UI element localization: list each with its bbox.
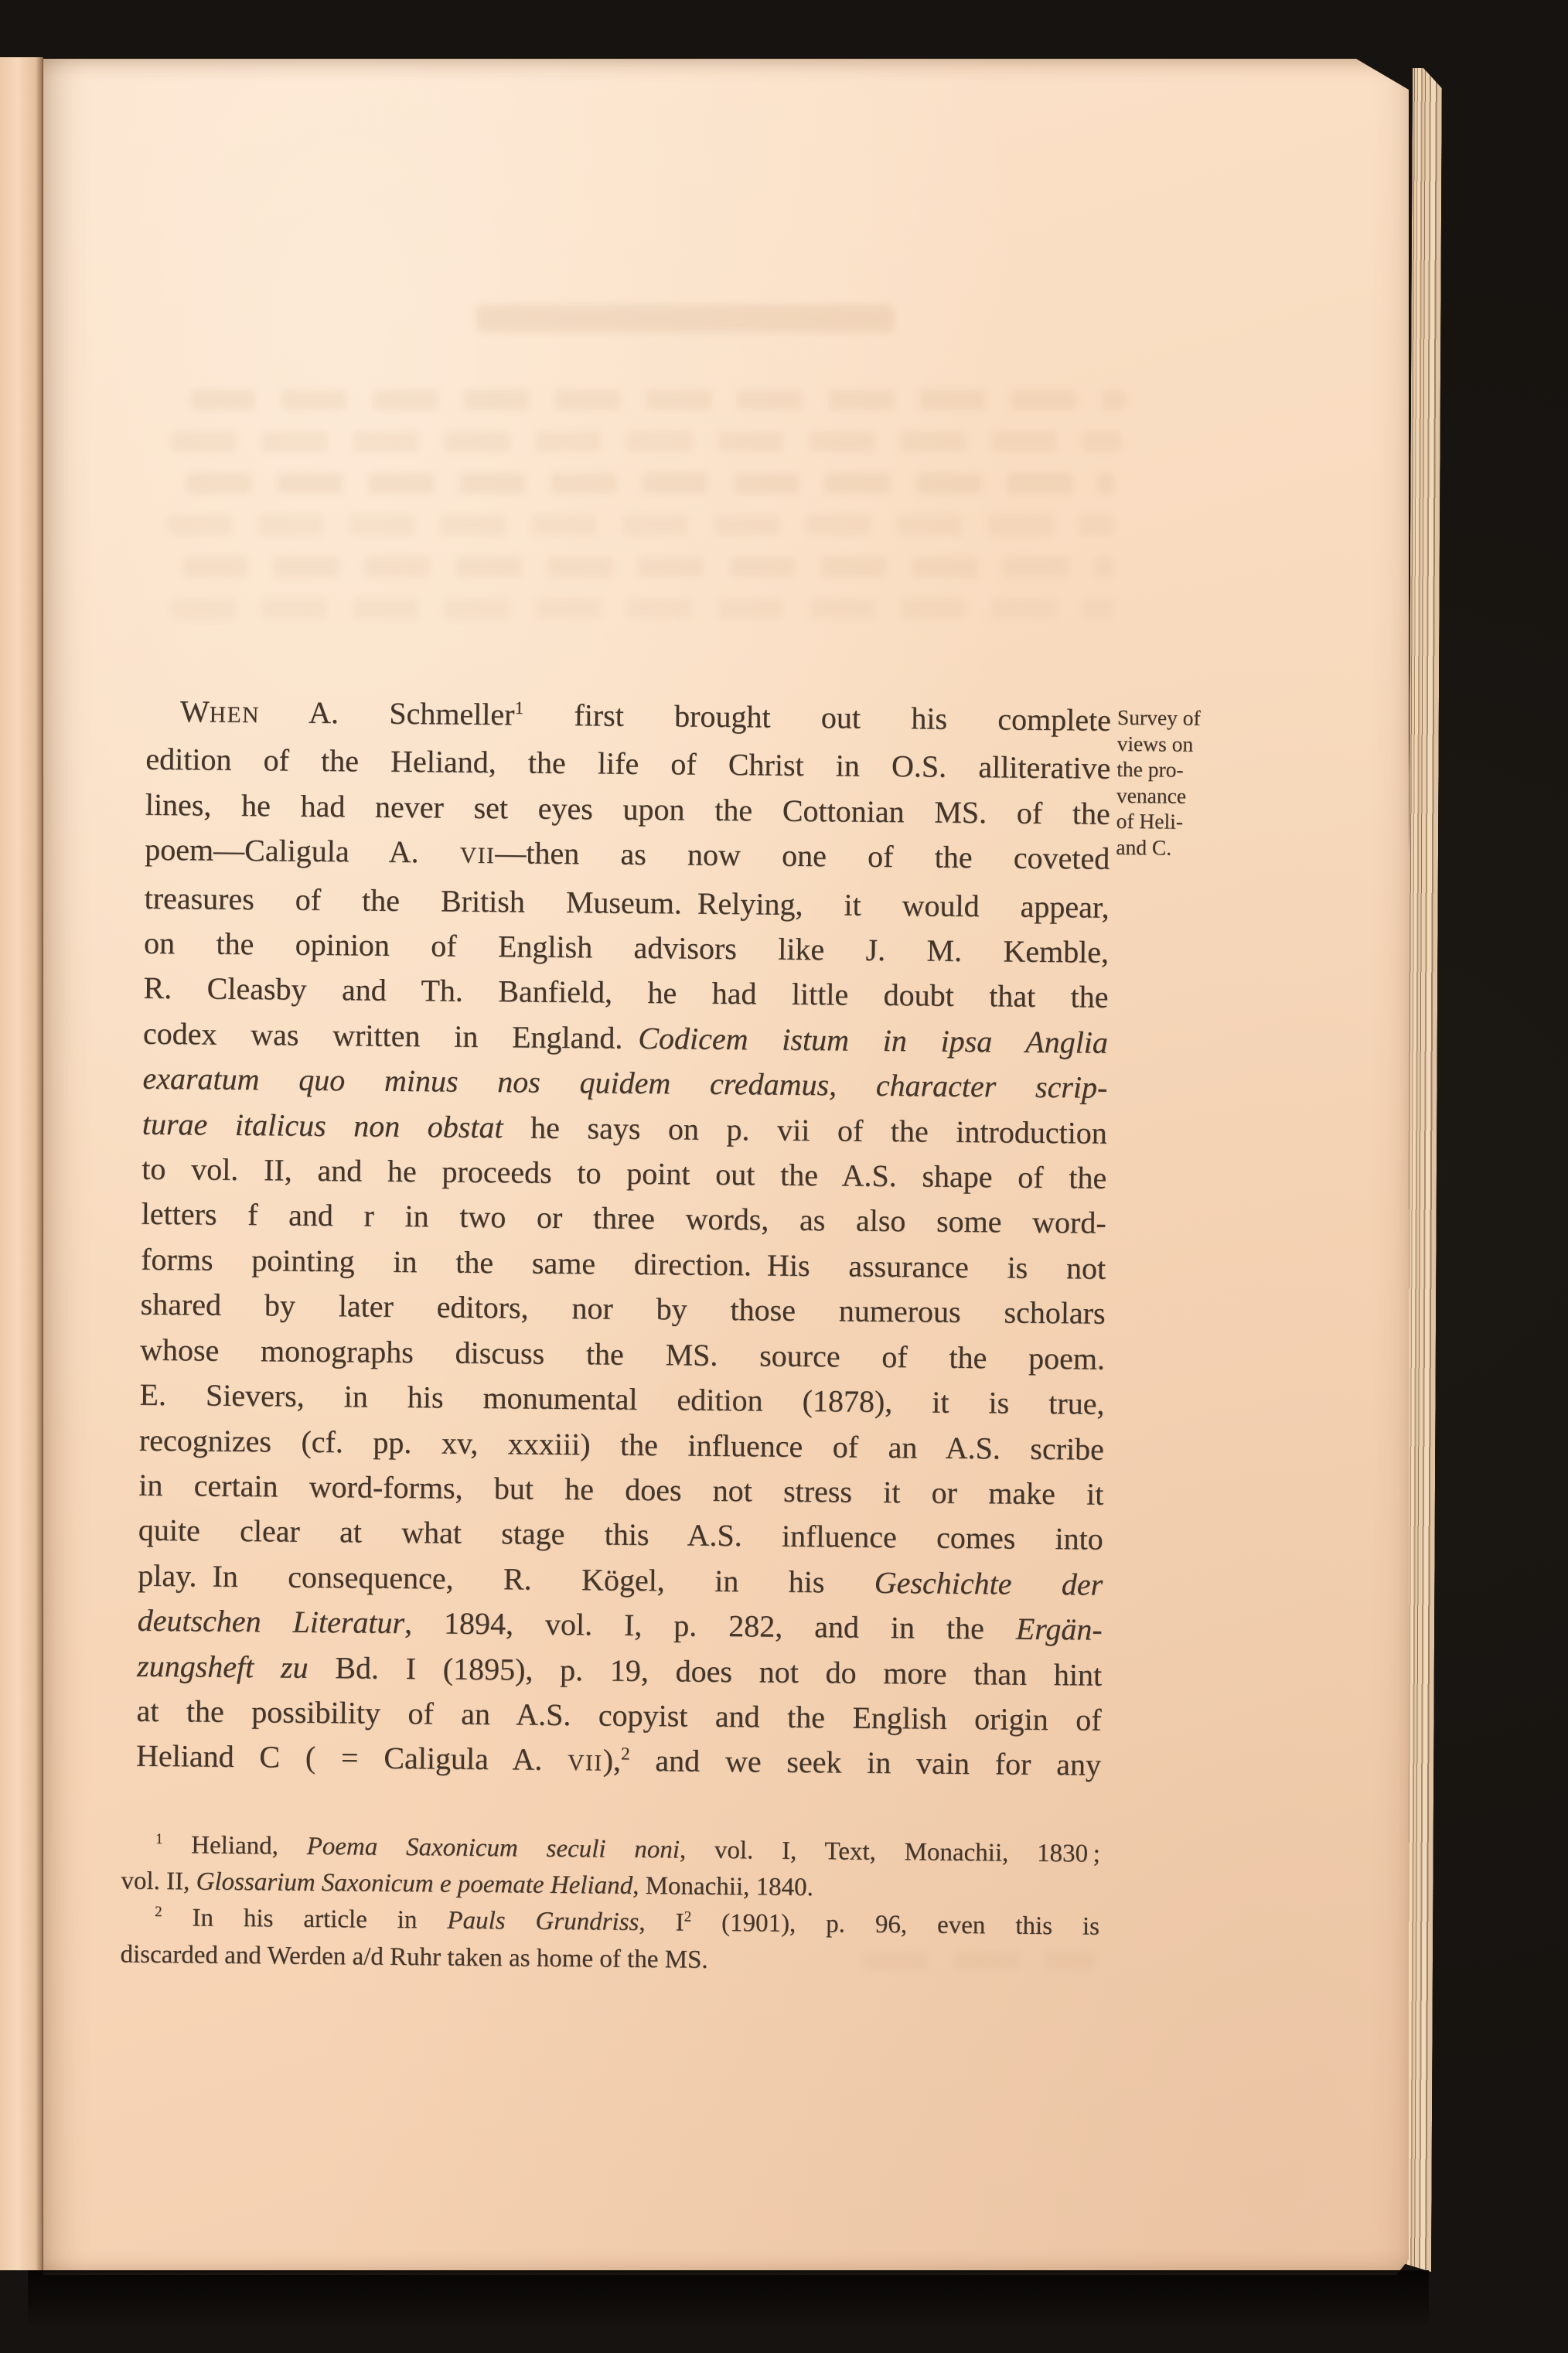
text-segment: vol. II,	[121, 1867, 196, 1896]
text-segment: of Heli-	[1116, 809, 1184, 834]
text-segment: zungsheft zu	[137, 1648, 308, 1684]
text-segment: codex was written in England.	[143, 1016, 639, 1055]
text-segment: venance	[1116, 783, 1186, 808]
footnotes: 1 Heliand, Poema Saxonicum seculi noni, …	[120, 1827, 1100, 1983]
text-line: of Heli-	[1116, 808, 1279, 836]
text-segment: Poema Saxonicum seculi noni	[307, 1833, 680, 1864]
text-segment: Pauls Grundriss	[447, 1907, 639, 1936]
text-line: views on	[1116, 730, 1279, 758]
text-segment: ),	[602, 1743, 621, 1778]
text-segment: he says on p. vii of the introduction	[503, 1110, 1107, 1150]
text-segment: Bd. I (1895), p. 19, does not do more th…	[308, 1649, 1102, 1692]
page-gutter-edge	[0, 57, 43, 2270]
text-segment: and we seek in vain for any	[629, 1743, 1101, 1782]
superscript: 1	[514, 698, 523, 718]
text-segment: Heliand,	[162, 1831, 307, 1860]
text-segment: forms pointing in the same direction. Hi…	[141, 1242, 1106, 1286]
text-line: Heliand C ( = Caligula A. vii),2 and we …	[136, 1734, 1102, 1791]
text-segment: Geschichte der	[874, 1565, 1103, 1602]
text-segment: vii	[568, 1751, 603, 1775]
text-segment: edition of the Heliand, the life of Chri…	[145, 742, 1110, 786]
body-text: When A. Schmeller1 first brought out his…	[136, 689, 1112, 1792]
text-line: venance	[1116, 783, 1279, 810]
text-segment: to vol. II, and he proceeds to point out…	[141, 1151, 1106, 1195]
superscript: 2	[684, 1909, 692, 1925]
text-segment: vii	[460, 844, 496, 868]
margin-note: Survey ofviews onthe pro-venanceof Heli-…	[1116, 704, 1280, 862]
text-segment: whose monographs discuss the MS. source …	[140, 1332, 1105, 1376]
text-segment: A. Schmeller	[260, 694, 515, 731]
text-line: and C.	[1116, 834, 1278, 862]
text-segment: , I	[639, 1908, 684, 1937]
text-segment: and C.	[1116, 835, 1171, 860]
text-segment: exaratum quo minus nos quidem credamus, …	[142, 1061, 1107, 1105]
text-segment: turae italicus non obstat	[142, 1106, 503, 1144]
text-segment: discarded and Werden a/d Ruhr taken as h…	[120, 1940, 707, 1973]
text-segment: Ergän-	[1016, 1611, 1103, 1647]
text-segment: , 1894, vol. I, p. 282, and in the	[404, 1605, 1016, 1646]
text-segment: hen	[210, 703, 261, 728]
text-segment: lines, he had never set eyes upon the Co…	[145, 787, 1110, 831]
text-segment: shared by later editors, nor by those nu…	[140, 1287, 1105, 1331]
text-segment: poem—Caligula A.	[145, 832, 460, 870]
text-segment: recognizes (cf. pp. xv, xxxiii) the infl…	[139, 1422, 1104, 1466]
text-segment: treasures of the British Museum. Relying…	[144, 880, 1109, 924]
text-segment: R. Cleasby and Th. Banfield, he had litt…	[143, 970, 1108, 1015]
text-line: poem—Caligula A. vii—then as now one of …	[145, 827, 1110, 885]
text-segment: Heliand C ( = Caligula A.	[136, 1738, 568, 1777]
superscript: 2	[155, 1904, 162, 1920]
text-segment: the pro-	[1116, 757, 1184, 782]
text-segment: at the possibility of an A.S. copyist an…	[136, 1693, 1101, 1737]
text-segment: Glossarium Saxonicum e poemate Heliand	[196, 1868, 632, 1900]
printed-text-layer: When A. Schmeller1 first brought out his…	[34, 53, 1420, 2282]
text-segment: W	[180, 694, 210, 728]
text-line: Survey of	[1117, 704, 1280, 732]
text-segment: , vol. I, Text, Monachii, 1830 ;	[680, 1836, 1100, 1867]
text-segment: in certain word-forms, but he does not s…	[138, 1468, 1103, 1512]
text-segment: , Monachii, 1840.	[632, 1872, 813, 1901]
superscript: 2	[621, 1744, 630, 1765]
text-segment: first brought out his complete	[523, 697, 1111, 737]
text-segment: on the opinion of English advisors like …	[144, 926, 1109, 970]
text-segment: E. Sievers, in his monumental edition (1…	[139, 1377, 1104, 1421]
text-segment: quite clear at what stage this A.S. infl…	[138, 1512, 1103, 1557]
text-segment: Codicem istum in ipsa Anglia	[638, 1021, 1108, 1060]
text-segment: (1901), p. 96, even this is	[691, 1909, 1099, 1941]
text-line: the pro-	[1116, 756, 1279, 784]
book-scan-photo: When A. Schmeller1 first brought out his…	[0, 0, 1568, 2353]
book-page: When A. Schmeller1 first brought out his…	[43, 59, 1409, 2275]
text-segment: play. In consequence, R. Kögel, in his	[138, 1557, 874, 1599]
page-bottom-shadow	[28, 2270, 1429, 2327]
text-segment: views on	[1117, 731, 1194, 755]
text-segment: deutschen Literatur	[137, 1603, 404, 1640]
text-segment: —then as now one of the coveted	[495, 835, 1110, 876]
text-segment: Survey of	[1117, 705, 1201, 730]
text-segment: In his article in	[162, 1904, 447, 1935]
superscript: 1	[155, 1831, 163, 1847]
text-segment: letters f and r in two or three words, a…	[141, 1196, 1106, 1240]
